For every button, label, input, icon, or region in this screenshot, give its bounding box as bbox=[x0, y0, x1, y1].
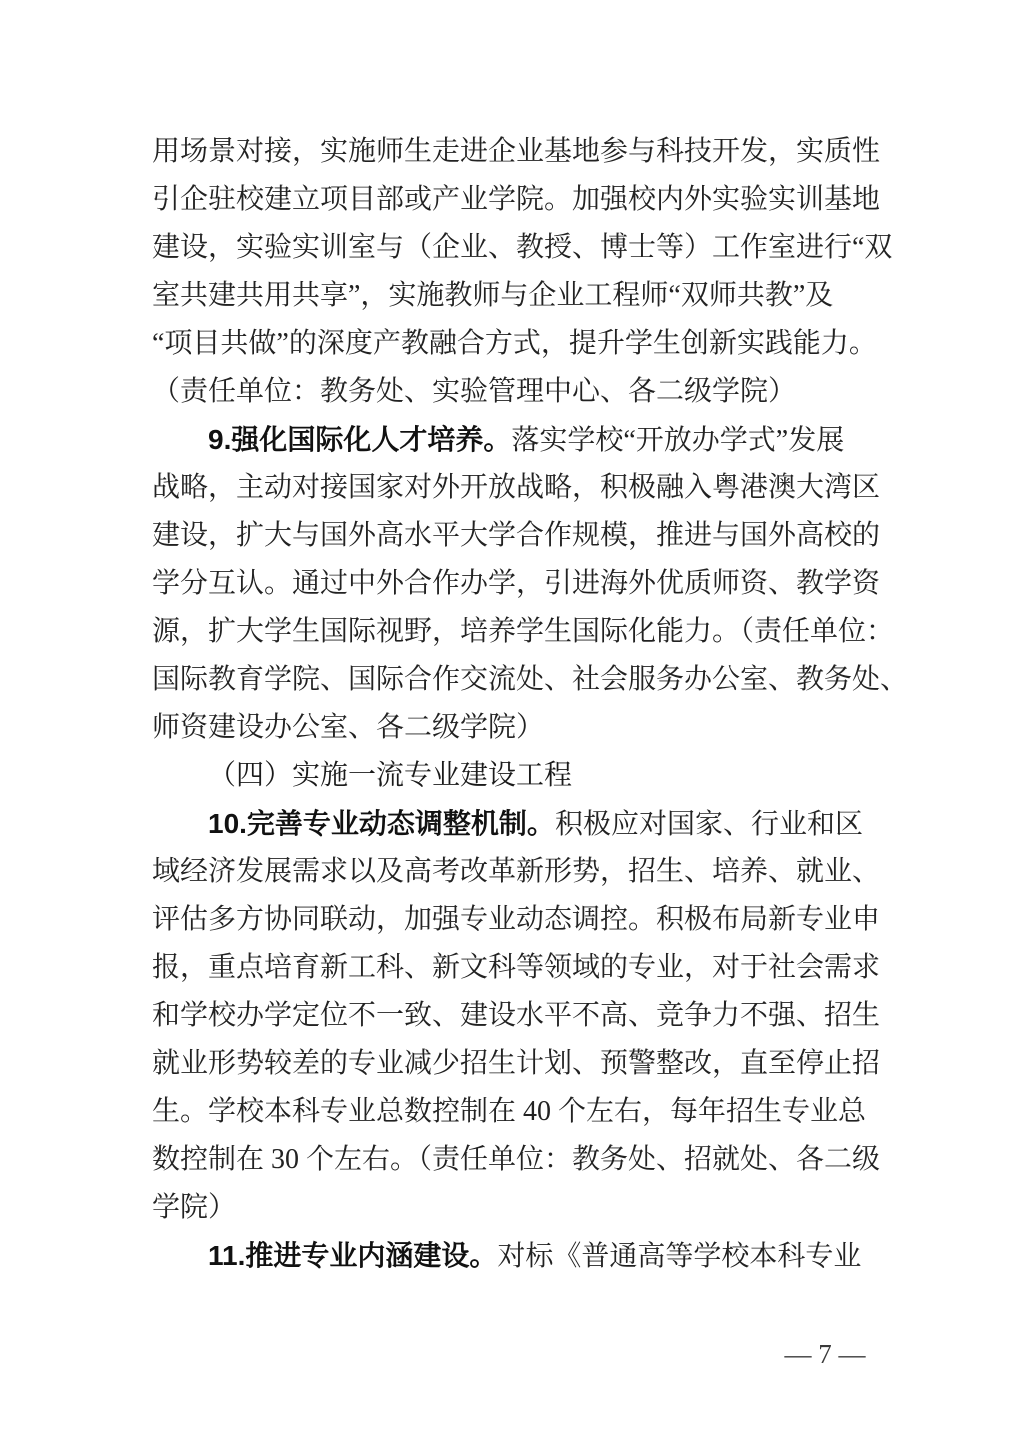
text-line: 引企驻校建立项目部或产业学院。加强校内外实验实训基地 bbox=[152, 176, 884, 224]
text-line: 建设，实验实训室与（企业、教授、博士等）工作室进行“双 bbox=[152, 224, 884, 272]
text-line: 11.推进专业内涵建设。对标《普通高等学校本科专业 bbox=[152, 1232, 884, 1280]
text-line: 用场景对接，实施师生走进企业基地参与科技开发，实质性 bbox=[152, 128, 884, 176]
text-line: 源，扩大学生国际视野，培养学生国际化能力。（责任单位： bbox=[152, 608, 884, 656]
text-run: “项目共做”的深度产教融合方式，提升学生创新实践能力。 bbox=[152, 328, 877, 359]
text-run: 评估多方协同联动，加强专业动态调控。积极布局新专业申 bbox=[152, 904, 880, 935]
text-line: 学分互认。通过中外合作办学，引进海外优质师资、教学资 bbox=[152, 560, 884, 608]
text-run: 域经济发展需求以及高考改革新形势，招生、培养、就业、 bbox=[152, 856, 880, 887]
text-line: 建设，扩大与国外高水平大学合作规模，推进与国外高校的 bbox=[152, 512, 884, 560]
text-run: 就业形势较差的专业减少招生计划、预警整改，直至停止招 bbox=[152, 1048, 880, 1079]
text-line: 师资建设办公室、各二级学院） bbox=[152, 704, 884, 752]
text-run: 建设，实验实训室与（企业、教授、博士等）工作室进行“双 bbox=[152, 232, 892, 263]
text-line: 国际教育学院、国际合作交流处、社会服务办公室、教务处、 bbox=[152, 656, 884, 704]
text-line: 室共建共用共享”，实施教师与企业工程师“双师共教”及 bbox=[152, 272, 884, 320]
text-line: 数控制在 30 个左右。（责任单位：教务处、招就处、各二级 bbox=[152, 1136, 884, 1184]
text-run: 落实学校“开放办学式”发展 bbox=[511, 425, 844, 456]
text-run: （四）实施一流专业建设工程 bbox=[208, 760, 572, 791]
text-line: “项目共做”的深度产教融合方式，提升学生创新实践能力。 bbox=[152, 320, 884, 368]
text-run: 和学校办学定位不一致、建设水平不高、竞争力不强、招生 bbox=[152, 1000, 880, 1031]
text-run: 对标《普通高等学校本科专业 bbox=[497, 1241, 861, 1272]
text-run: 学院） bbox=[152, 1192, 236, 1223]
text-run: 学分互认。通过中外合作办学，引进海外优质师资、教学资 bbox=[152, 568, 880, 599]
text-line: 9.强化国际化人才培养。落实学校“开放办学式”发展 bbox=[152, 416, 884, 464]
text-run: 数控制在 30 个左右。（责任单位：教务处、招就处、各二级 bbox=[152, 1144, 880, 1175]
text-run: 战略，主动对接国家对外开放战略，积极融入粤港澳大湾区 bbox=[152, 472, 880, 503]
text-run: 室共建共用共享”，实施教师与企业工程师“双师共教”及 bbox=[152, 280, 833, 311]
text-run: 建设，扩大与国外高水平大学合作规模，推进与国外高校的 bbox=[152, 520, 880, 551]
text-run: （责任单位：教务处、实验管理中心、各二级学院） bbox=[152, 376, 796, 407]
text-run: 积极应对国家、行业和区 bbox=[555, 809, 863, 840]
text-run: 引企驻校建立项目部或产业学院。加强校内外实验实训基地 bbox=[152, 184, 880, 215]
section-heading-line: （四）实施一流专业建设工程 bbox=[152, 752, 884, 800]
text-line: 学院） bbox=[152, 1184, 884, 1232]
text-line: 就业形势较差的专业减少招生计划、预警整改，直至停止招 bbox=[152, 1040, 884, 1088]
document-page: 用场景对接，实施师生走进企业基地参与科技开发，实质性引企驻校建立项目部或产业学院… bbox=[0, 0, 1024, 1448]
text-run: 源，扩大学生国际视野，培养学生国际化能力。（责任单位： bbox=[152, 616, 894, 647]
text-run: 师资建设办公室、各二级学院） bbox=[152, 712, 544, 743]
text-line: 和学校办学定位不一致、建设水平不高、竞争力不强、招生 bbox=[152, 992, 884, 1040]
text-run: 报，重点培育新工科、新文科等领域的专业，对于社会需求 bbox=[152, 952, 880, 983]
text-line: 域经济发展需求以及高考改革新形势，招生、培养、就业、 bbox=[152, 848, 884, 896]
text-run: 生。学校本科专业总数控制在 40 个左右，每年招生专业总 bbox=[152, 1096, 866, 1127]
bold-text-run: 11.推进专业内涵建设。 bbox=[208, 1240, 497, 1271]
text-line: 报，重点培育新工科、新文科等领域的专业，对于社会需求 bbox=[152, 944, 884, 992]
page-number: — 7 — bbox=[770, 1338, 880, 1370]
text-line: 评估多方协同联动，加强专业动态调控。积极布局新专业申 bbox=[152, 896, 884, 944]
text-run: 国际教育学院、国际合作交流处、社会服务办公室、教务处、 bbox=[152, 664, 908, 695]
text-line: （责任单位：教务处、实验管理中心、各二级学院） bbox=[152, 368, 884, 416]
text-line: 10.完善专业动态调整机制。积极应对国家、行业和区 bbox=[152, 800, 884, 848]
text-line: 战略，主动对接国家对外开放战略，积极融入粤港澳大湾区 bbox=[152, 464, 884, 512]
text-line: 生。学校本科专业总数控制在 40 个左右，每年招生专业总 bbox=[152, 1088, 884, 1136]
bold-text-run: 10.完善专业动态调整机制。 bbox=[208, 808, 555, 839]
bold-text-run: 9.强化国际化人才培养。 bbox=[208, 424, 511, 455]
text-run: 用场景对接，实施师生走进企业基地参与科技开发，实质性 bbox=[152, 136, 880, 167]
text-block: 用场景对接，实施师生走进企业基地参与科技开发，实质性引企驻校建立项目部或产业学院… bbox=[152, 128, 884, 1280]
